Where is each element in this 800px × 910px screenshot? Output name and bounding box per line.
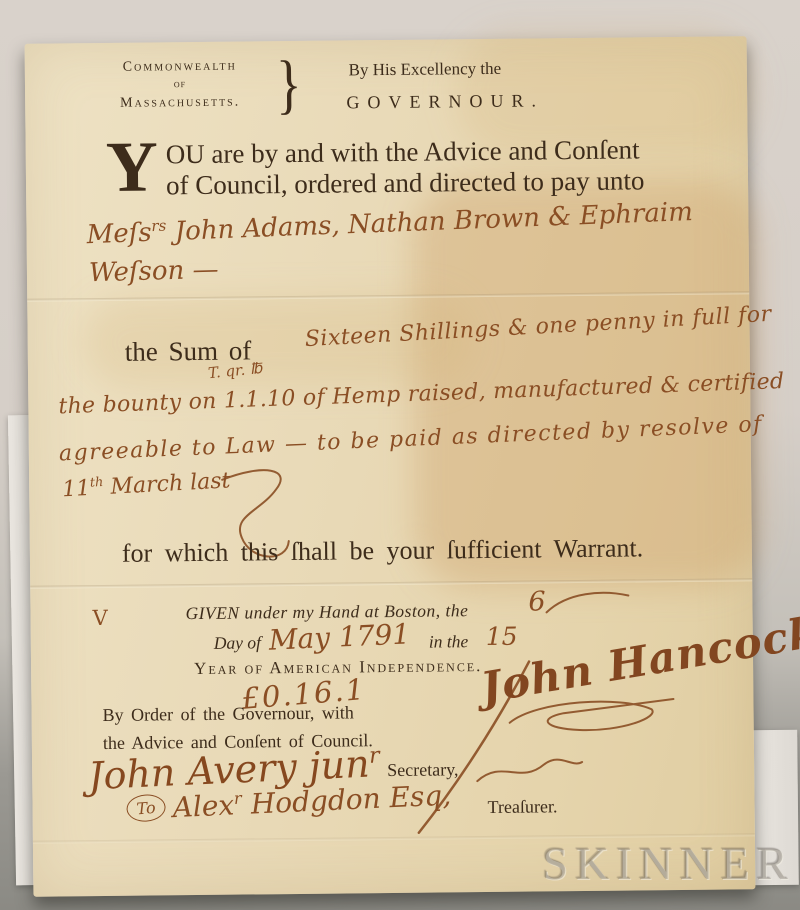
dropcap-Y: Y (105, 130, 158, 203)
resolve-date-line: 11th March last (62, 468, 231, 502)
resolve-date-number: 11 (62, 476, 91, 502)
by-his-excellency-line: By His Excellency the (305, 58, 545, 81)
commonwealth-line: Commonwealth (85, 58, 275, 76)
opening-line-2: of Council, ordered and directed to pay … (166, 165, 645, 201)
resolve-date-rest: March last (103, 468, 231, 500)
commonwealth-massachusetts: Massachusetts. (85, 94, 275, 112)
secretary-signature-superscript: r (369, 743, 381, 768)
opening-line-1: OU are by and with the Advice and Conſen… (166, 134, 640, 170)
payee-prefix: Meſs (86, 218, 152, 250)
commonwealth-of: of (85, 77, 275, 91)
hancock-paraph-flourish (501, 687, 682, 749)
in-the-label: in the (429, 631, 469, 652)
treasurer-label: Treaſurer. (487, 796, 557, 818)
treasurer-first-name: Alex (172, 788, 235, 824)
governour-line: GOVERNOUR. (295, 90, 595, 114)
to-label: To (126, 793, 167, 823)
skinner-watermark: SKINNER (542, 837, 795, 891)
by-order-line-1: By Order of the Governour, with (102, 702, 353, 726)
secretary-flourish (472, 750, 587, 796)
warrant-line: for which this ſhall be your ſufficient … (122, 533, 644, 568)
resolve-date-superscript: th (90, 475, 104, 491)
independence-year-number: 15 (486, 622, 518, 651)
warrant-document: Commonwealth of Massachusetts. } By His … (25, 36, 756, 897)
payee-names-line-2: Weſson — (89, 255, 219, 289)
check-mark: V (92, 606, 107, 630)
day-number-flourish (542, 585, 632, 616)
payee-prefix-superscript: rs (151, 217, 167, 236)
day-of-label: Day of (214, 632, 261, 653)
month-year-entry: May 1791 (268, 617, 411, 656)
